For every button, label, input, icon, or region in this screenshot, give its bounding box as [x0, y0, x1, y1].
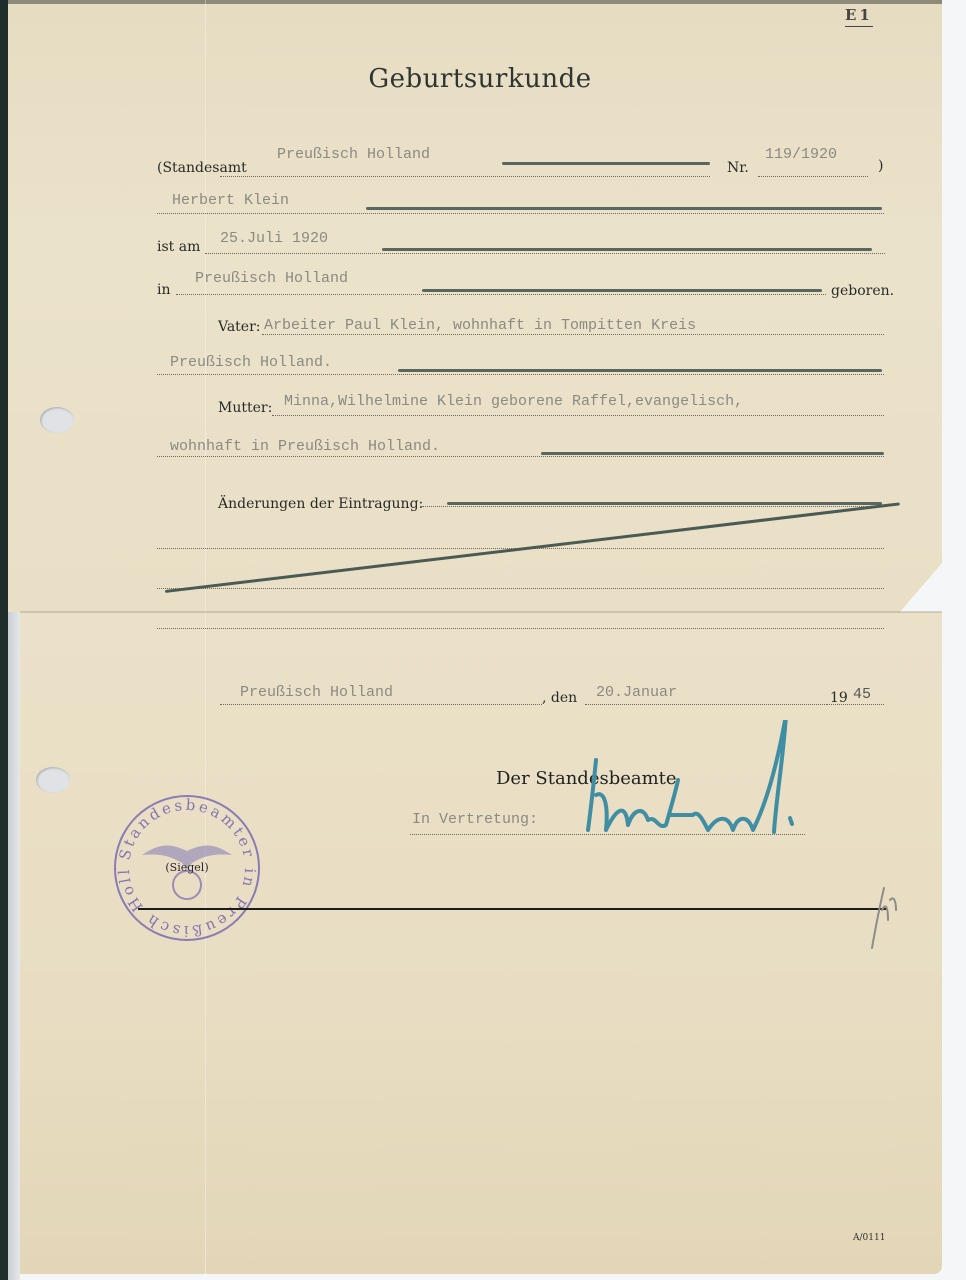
issue-date: 20.Januar [596, 684, 677, 701]
punch-hole-bottom [36, 767, 70, 793]
changes-strike-bar [447, 502, 882, 505]
lower-sheet-edge [8, 612, 20, 1280]
mother-label: Mutter: [218, 400, 272, 416]
father-dotted-line-1 [262, 334, 884, 335]
close-paren: ) [878, 158, 883, 174]
child-name: Herbert Klein [172, 192, 289, 209]
svg-text:(Siegel): (Siegel) [165, 861, 208, 874]
mother-line-1: Minna,Wilhelmine Klein geborene Raffel,e… [284, 393, 743, 410]
nr-dotted-line [758, 176, 868, 177]
mother-dotted-line-1 [272, 415, 884, 416]
standesamt-value: Preußisch Holland [277, 146, 430, 163]
date-strike-bar [382, 248, 872, 251]
horizontal-fold [20, 611, 942, 613]
deputy-label: In Vertretung: [412, 811, 538, 828]
official-seal-stamp: Standesbeamter in Preußisch Holland (Sie… [112, 793, 262, 943]
name-strike-bar [366, 207, 882, 210]
emblem-wreath-icon [173, 871, 201, 899]
document-title: Geburtsurkunde [310, 64, 650, 94]
changes-dotted-line-1 [422, 506, 884, 507]
mother-dotted-line-2 [157, 456, 884, 457]
born-label: geboren. [831, 283, 894, 299]
father-dotted-line-2 [157, 374, 884, 375]
father-strike-bar [398, 369, 882, 372]
punch-hole-top [40, 407, 74, 433]
signature-base-line [138, 908, 886, 910]
mother-line-2: wohnhaft in Preußisch Holland. [170, 438, 440, 455]
standesamt-dotted-line [220, 176, 710, 177]
issue-date-dotted-line [585, 704, 825, 705]
standesamt-strike-bar [502, 162, 710, 165]
handwritten-signature: Wostrack [578, 720, 798, 840]
year-suffix: 45 [853, 686, 871, 703]
name-dotted-line [157, 213, 884, 214]
issue-place: Preußisch Holland [240, 684, 393, 701]
print-form-code: A/0111 [853, 1233, 885, 1243]
nr-value: 119/1920 [765, 146, 837, 163]
form-number: E1 [845, 6, 873, 27]
top-edge [8, 0, 942, 4]
father-line-2: Preußisch Holland. [170, 354, 332, 371]
nr-label: Nr. [727, 160, 749, 176]
mother-strike-bar [541, 452, 884, 455]
issue-place-dotted-line [220, 704, 542, 705]
birth-date: 25.Juli 1920 [220, 230, 328, 247]
changes-dotted-line-3 [157, 588, 884, 589]
changes-dotted-line-4 [157, 628, 884, 629]
place-dotted-line [176, 294, 826, 295]
date-dotted-line [205, 253, 885, 254]
birth-place: Preußisch Holland [195, 270, 348, 287]
scan-edge [0, 0, 8, 1280]
year-dotted-line [826, 704, 884, 705]
date-label: ist am [157, 239, 200, 255]
den-label: , den [542, 690, 577, 706]
father-line-1: Arbeiter Paul Klein, wohnhaft in Tompitt… [264, 317, 696, 334]
place-strike-bar [422, 289, 822, 292]
pencil-annotation [866, 880, 902, 950]
standesamt-label: (Standesamt [157, 160, 247, 176]
changes-label: Änderungen der Eintragung: [218, 496, 423, 512]
place-label: in [157, 282, 171, 298]
certificate-lower-sheet [20, 612, 942, 1274]
father-label: Vater: [218, 319, 261, 335]
